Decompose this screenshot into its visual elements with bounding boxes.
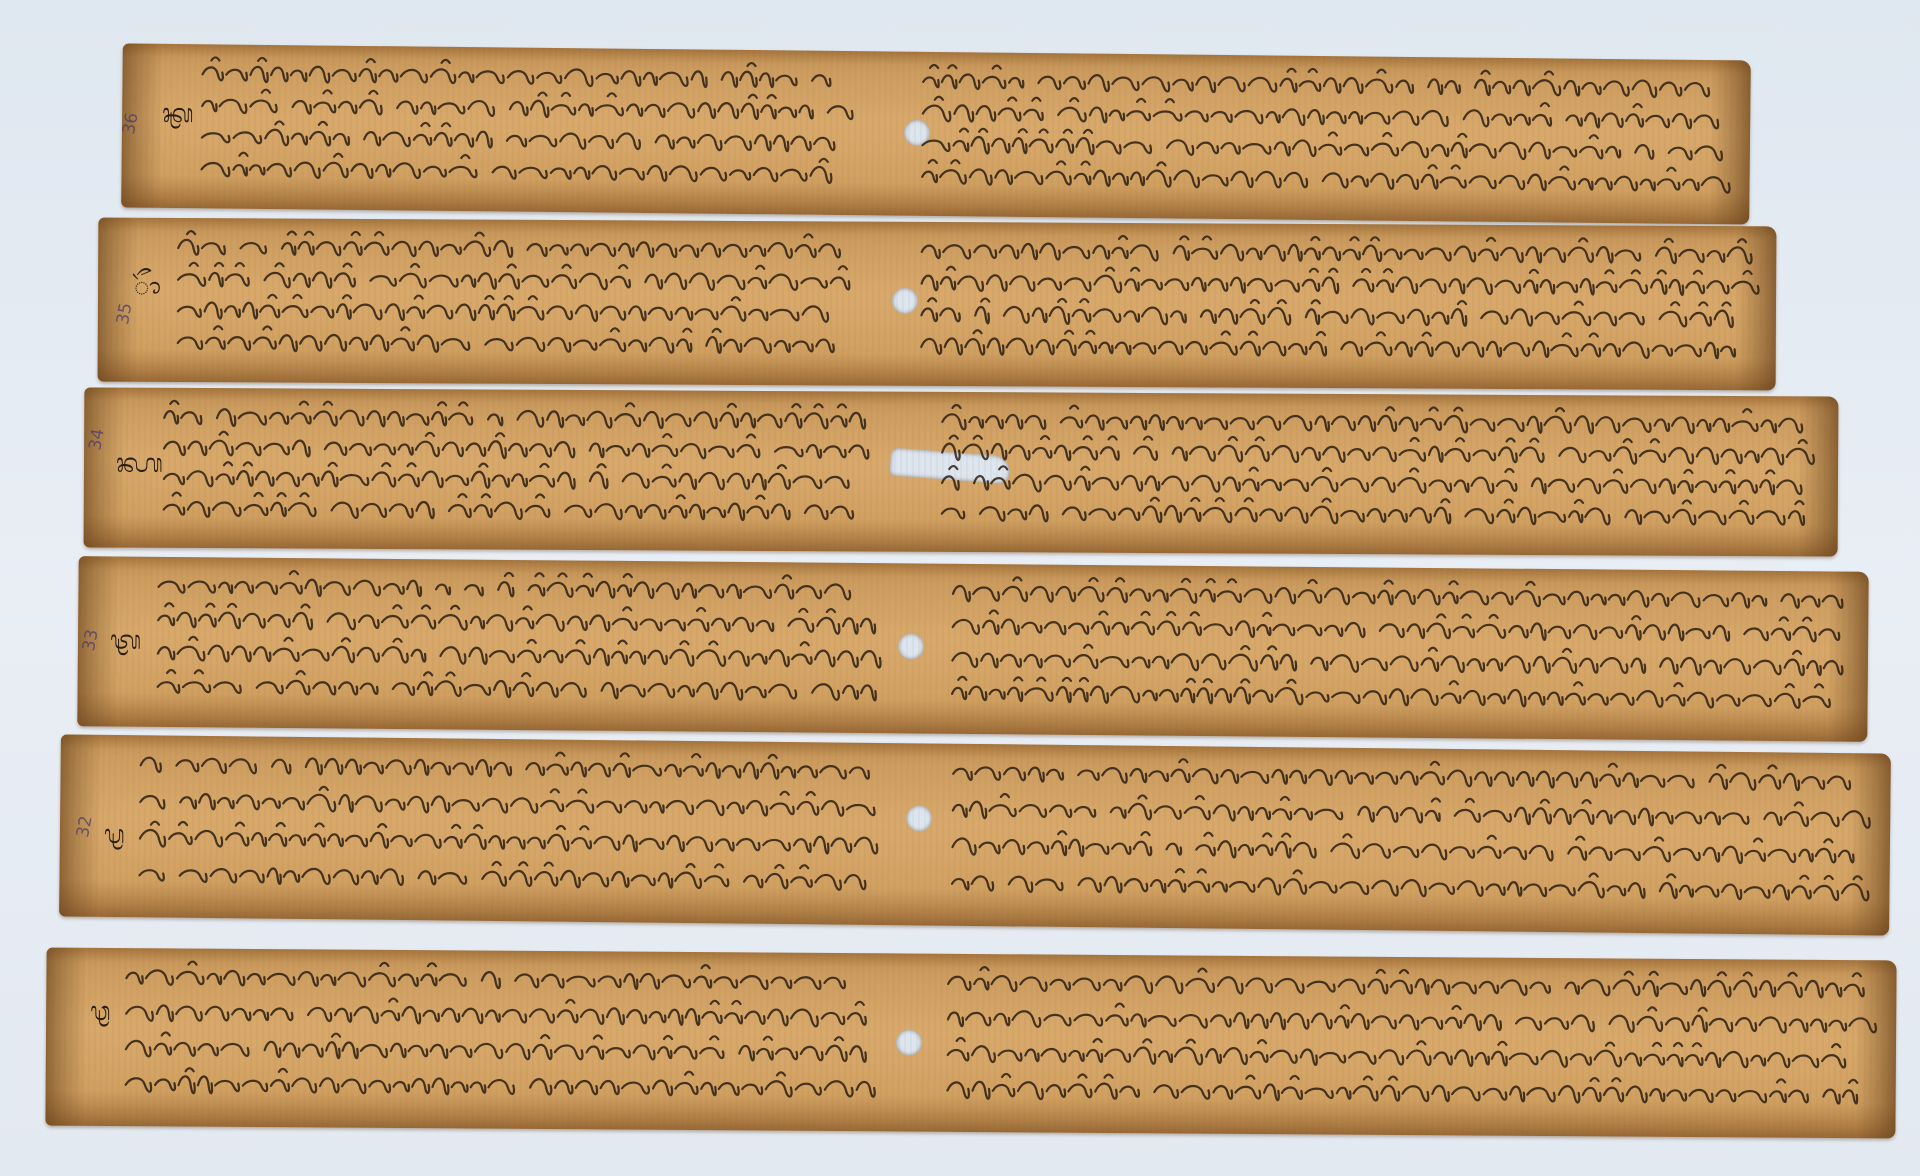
script-text-lines bbox=[77, 556, 1868, 742]
palm-leaf-1: 36 ᭅ bbox=[121, 43, 1751, 224]
palm-leaf-5: 32 ᭈ bbox=[59, 734, 1891, 935]
palm-leaf-2: 35 ᭃ bbox=[98, 218, 1777, 391]
palm-leaf-3: 34 ᭆ bbox=[84, 387, 1839, 556]
script-text-lines bbox=[45, 948, 1896, 1139]
script-text-lines bbox=[98, 218, 1777, 391]
script-text-lines bbox=[84, 387, 1839, 556]
palm-leaf-4: 33 ᭇ bbox=[77, 556, 1868, 742]
script-text-lines bbox=[59, 734, 1891, 935]
script-text-lines bbox=[121, 43, 1751, 224]
palm-leaf-6: ᭉ bbox=[45, 948, 1896, 1139]
